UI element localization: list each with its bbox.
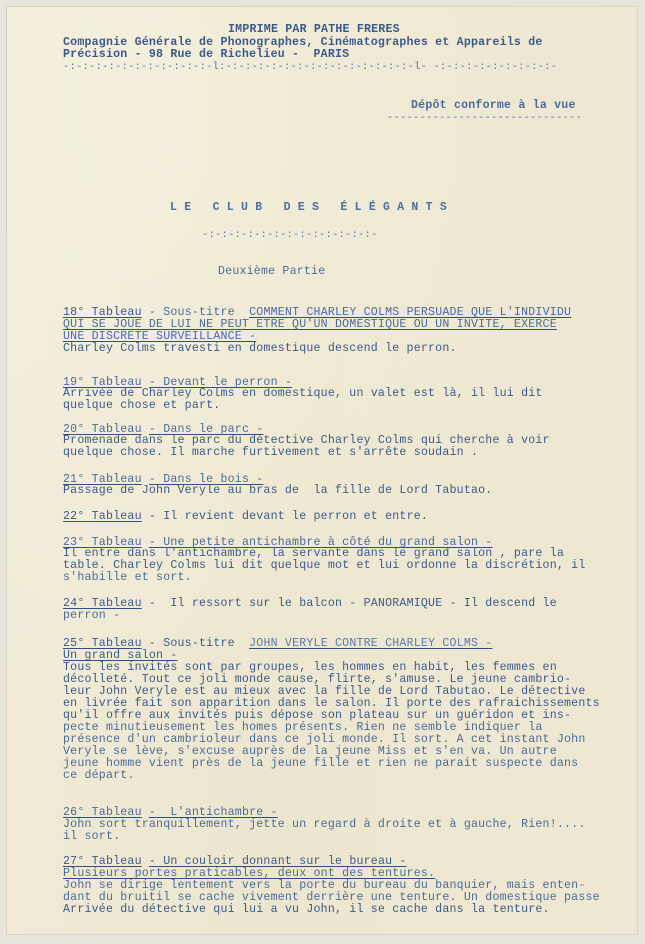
typewritten-page [7,7,637,934]
tableau-body-line: Arrivée du détective qui lui a vu John, … [63,904,550,916]
tableau-body-line: Veryle se lève, s'excuse auprès de la je… [63,746,557,758]
tableau-body-line: quelque chose et part. [63,400,220,412]
tableau-body-line: table. Charley Colms lui dit quelque mot… [63,560,586,572]
tableau-body-line: John se dirige lentement vers la porte d… [63,880,586,892]
tableau-body-line: Tous les invités sont par groupes, les h… [63,662,557,674]
tableau-body-line: s'habille et sort. [63,572,192,584]
tableau-heading: - Il revient devant le perron et entre. [149,510,428,523]
subtitle-line: JOHN VERYLE CONTRE CHARLEY COLMS - [249,637,492,650]
tableau-body-line: Passage de John Veryle au bras de la fil… [63,485,492,497]
tableau-body-line: John sort tranquillement, jette un regar… [63,819,586,831]
subtitle-line: QUI SE JOUE DE LUI NE PEUT ETRE QU'UN DO… [63,319,557,331]
tableau-body-line: pecte minutieusement les homes présents.… [63,722,543,734]
tableau-body-line: Il entre dans l'antichambre, la servante… [63,548,564,560]
tableau-body-line: quelque chose. Il marche furtivement et … [63,447,478,459]
part-label: Deuxième Partie [218,266,325,278]
tableau-body-line: dant du bruitil se cache vivement derriè… [63,892,600,904]
company-line-1: Compagnie Générale de Phonographes, Ciné… [63,37,543,49]
tableau-body-line: décolleté. Tout ce joli monde cause, fli… [63,674,571,686]
subtitle-line: UNE DISCRETE SURVEILLANCE - [63,331,256,343]
tableau-body-line: jeune homme vient près de la jeune fille… [63,758,578,770]
tableau-body-line: qu'il offre aux invités puis dépose son … [63,710,571,722]
tableau-body-line: en livrée fait son apparition dans le sa… [63,698,600,710]
title-separator: -:-:-:-:-:-:-:-:-:-:-:-:-:- [202,230,378,242]
deposit-note: Dépôt conforme à la vue [411,100,576,112]
tableau-body-line: perron - [63,610,120,622]
header-separator: -:-:-:-:-:-:-:-:-:-:-:-l:-:-:-:-:-:-:-:-… [63,62,557,74]
tableau-body-line: ce départ. [63,770,135,782]
printer-line: IMPRIME PAR PATHE FRERES [228,24,400,36]
tableau-body-line: Arrivée de Charley Colms en domestique, … [63,388,543,400]
tableau-body-line: leur John Veryle est au mieux avec la fi… [63,686,586,698]
company-line-2: Précision - 98 Rue de Richelieu - PARIS [63,49,349,61]
play-title: LE CLUB DES ÉLÉGANTS [170,202,454,214]
deposit-rule: ------------------------------ [387,113,582,125]
scene-description: Plusieurs portes praticables, deux ont d… [63,868,435,880]
tableau-body-line: il sort. [63,831,120,843]
scene-description: Un grand salon - [63,650,178,662]
tableau-body-line: Charley Colms travesti en domestique des… [63,343,457,355]
tableau-heading: - Il ressort sur le balcon - PANORAMIQUE… [149,597,557,610]
tableau-number: 22° Tableau [63,510,142,523]
tableau-body-line: Promenade dans le parc du détective Char… [63,435,550,447]
tableau-body-line: présence d'un cambrioleur dans ce joli m… [63,734,586,746]
